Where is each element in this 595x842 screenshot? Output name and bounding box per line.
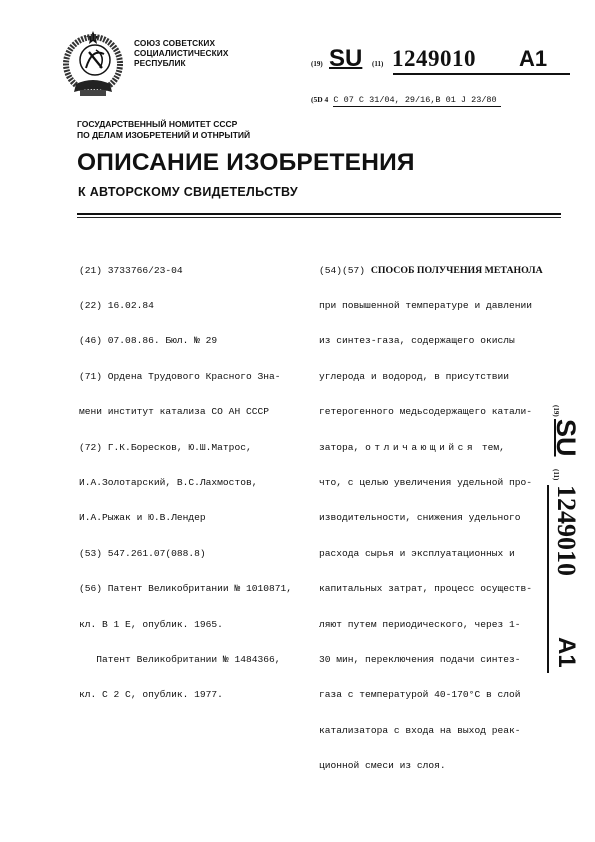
ipc-code-label: (5D 4 — [311, 95, 328, 104]
patent-number-block: (19) SU (11) 1249010 A1 — [311, 46, 559, 74]
abstract-text: тем, — [476, 442, 505, 453]
biblio-line: (46) 07.08.86. Бюл. № 29 — [79, 335, 297, 347]
document-subtitle: К АВТОРСКОМУ СВИДЕТЕЛЬСТВУ — [78, 185, 298, 199]
abstract-line: при повышенной температуре и давлении — [319, 300, 549, 312]
committee-name: ГОСУДАРСТВЕННЫЙ НОМИТЕТ СССР ПО ДЕЛАМ ИЗ… — [77, 119, 250, 140]
biblio-line: И.А.Рыжак и Ю.В.Лендер — [79, 512, 297, 524]
abstract-codes: (54)(57) — [319, 265, 365, 276]
abstract-line: 30 мин, переключения подачи синтез- — [319, 654, 549, 666]
divider — [77, 213, 561, 215]
committee-line: ГОСУДАРСТВЕННЫЙ НОМИТЕТ СССР — [77, 119, 250, 130]
biblio-line: (56) Патент Великобритании № 1010871, — [79, 583, 297, 595]
biblio-line: (72) Г.К.Боресков, Ю.Ш.Матрос, — [79, 442, 297, 454]
biblio-line: (21) 3733766/23-04 — [79, 265, 297, 277]
document-title: ОПИСАНИЕ ИЗОБРЕТЕНИЯ — [77, 149, 415, 177]
bibliographic-data: (21) 3733766/23-04 (22) 16.02.84 (46) 07… — [79, 241, 297, 713]
abstract-line: гетерогенного медьсодержащего катали- — [319, 406, 549, 418]
abstract-line: газа с температурой 40-170°С в слой — [319, 689, 549, 701]
patent-number: 1249010 — [392, 46, 476, 72]
biblio-line: (71) Ордена Трудового Красного Зна- — [79, 371, 297, 383]
side-country-code-label: (19) — [552, 405, 560, 417]
committee-line: ПО ДЕЛАМ ИЗОБРЕТЕНИЙ И ОТНРЫТИЙ — [77, 130, 250, 141]
biblio-line: (22) 16.02.84 — [79, 300, 297, 312]
patent-kind: A1 — [519, 46, 547, 72]
divider — [393, 73, 570, 75]
abstract-heading: СПОСОБ ПОЛУЧЕНИЯ МЕТАНОЛА — [371, 265, 543, 276]
number-code-label: (11) — [372, 60, 383, 68]
abstract-line: углерода и водород, в присутствии — [319, 371, 549, 383]
side-patent-stamp: (19) SU (11) 1249010 A1 — [548, 405, 588, 673]
country-code: SU — [329, 46, 362, 72]
union-name: СОЮЗ СОВЕТСКИХ СОЦИАЛИСТИЧЕСКИХ РЕСПУБЛИ… — [134, 38, 228, 68]
abstract-line: изводительности, снижения удельного — [319, 512, 549, 524]
divider — [548, 485, 550, 673]
abstract-line: ционной смеси из слоя. — [319, 760, 549, 772]
union-line: СОЮЗ СОВЕТСКИХ — [134, 38, 228, 48]
biblio-line: (53) 547.261.07(088.8) — [79, 548, 297, 560]
side-country-code: SU — [550, 419, 582, 457]
ussr-emblem-icon — [62, 30, 124, 102]
union-line: СОЦИАЛИСТИЧЕСКИХ — [134, 48, 228, 58]
divider — [77, 217, 561, 218]
abstract-line: что, с целью увеличения удельной про- — [319, 477, 549, 489]
abstract-line: расхода сырья и эксплуатационных и — [319, 548, 549, 560]
biblio-line: мени институт катализа СО АН СССР — [79, 406, 297, 418]
side-number-code-label: (11) — [552, 469, 560, 480]
country-code-label: (19) — [311, 60, 323, 68]
biblio-line: И.А.Золотарский, В.С.Лахмостов, — [79, 477, 297, 489]
biblio-line: кл. С 2 С, опублик. 1977. — [79, 689, 297, 701]
abstract-heading-line: (54)(57) СПОСОБ ПОЛУЧЕНИЯ МЕТАНОЛА — [319, 265, 549, 277]
abstract-line: ляют путем периодического, через 1- — [319, 619, 549, 631]
ipc-classes: C 07 C 31/04, 29/16,B 01 J 23/80 — [333, 95, 500, 107]
claim-keyword: отличающийся — [365, 442, 476, 453]
abstract-text: затора, — [319, 442, 365, 453]
union-line: РЕСПУБЛИК — [134, 58, 228, 68]
abstract-line: капитальных затрат, процесс осуществ- — [319, 583, 549, 595]
ipc-classification: (5D 4 C 07 C 31/04, 29/16,B 01 J 23/80 — [311, 95, 501, 105]
biblio-line: Патент Великобритании № 1484366, — [79, 654, 297, 666]
abstract-line: катализатора с входа на выход реак- — [319, 725, 549, 737]
abstract-line: затора, отличающийся тем, — [319, 442, 549, 454]
side-patent-number: 1249010 — [550, 485, 582, 576]
biblio-line: кл. В 1 Е, опублик. 1965. — [79, 619, 297, 631]
side-patent-kind: A1 — [550, 637, 582, 668]
abstract-line: из синтез-газа, содержащего окислы — [319, 335, 549, 347]
abstract: (54)(57) СПОСОБ ПОЛУЧЕНИЯ МЕТАНОЛА при п… — [319, 241, 549, 784]
